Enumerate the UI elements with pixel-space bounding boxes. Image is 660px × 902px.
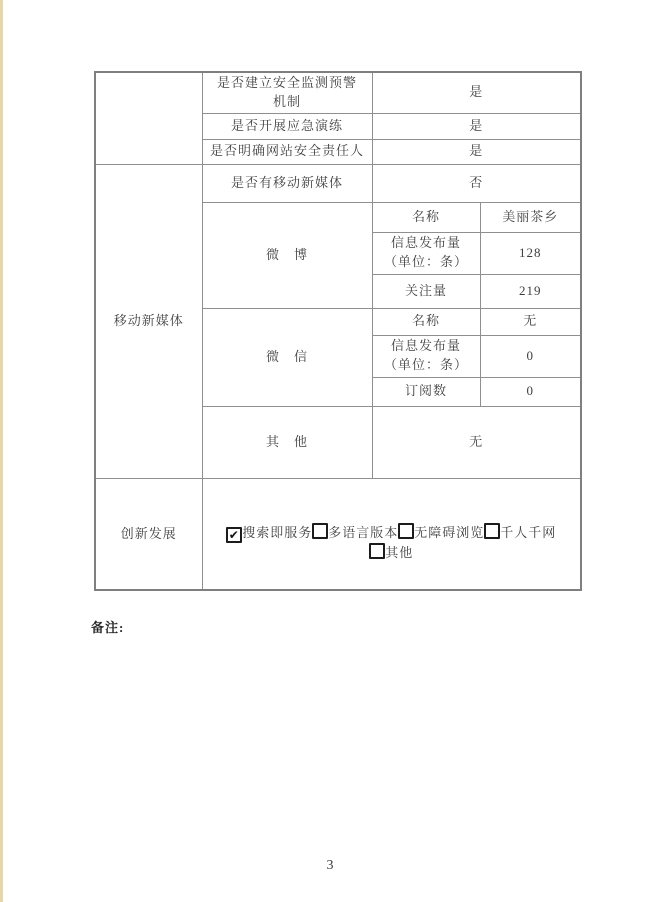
checkbox-empty-icon [484, 523, 500, 539]
security-answer-value: 是 [372, 72, 581, 113]
option-label: 多语言版本 [328, 525, 398, 540]
group-cell-mobile-media: 移动新媒体 [95, 164, 202, 478]
mobile-media-answer-value: 否 [372, 164, 581, 202]
option-label: 搜索即服务 [242, 525, 312, 540]
security-answer-value: 是 [372, 139, 581, 164]
checkbox-empty-icon [398, 523, 414, 539]
stat-label: 信息发布量 （单位：条） [372, 335, 480, 377]
platform-label-weibo: 微 博 [202, 202, 372, 308]
option-label: 无障碍浏览 [414, 525, 484, 540]
annual-report-table: 是否建立安全监测预警 机制 是 是否开展应急演练 是 是否明确网站安全责任人 是… [94, 71, 582, 591]
innovation-options-cell: ✔搜索即服务多语言版本无障碍浏览千人千网其他 [202, 478, 581, 590]
option-search-service: ✔搜索即服务 [226, 524, 312, 543]
checkbox-empty-icon [312, 523, 328, 539]
stat-value: 128 [480, 232, 581, 274]
option-other: 其他 [369, 543, 413, 563]
remarks-label: 备注: [91, 617, 124, 636]
platform-label-wechat: 微 信 [202, 308, 372, 406]
mobile-media-question-label: 是否有移动新媒体 [202, 164, 372, 202]
table-row: 是否建立安全监测预警 机制 是 [95, 72, 581, 113]
option-label: 千人千网 [500, 525, 556, 540]
table-row: 移动新媒体 是否有移动新媒体 否 [95, 164, 581, 202]
page-left-edge-stripe [0, 0, 3, 902]
table-row: 创新发展 ✔搜索即服务多语言版本无障碍浏览千人千网其他 [95, 478, 581, 590]
stat-label: 名称 [372, 202, 480, 232]
stat-value: 无 [480, 308, 581, 335]
group-cell-innovation: 创新发展 [95, 478, 202, 590]
option-multilingual: 多语言版本 [312, 523, 398, 543]
stat-label: 关注量 [372, 274, 480, 308]
stat-label: 订阅数 [372, 377, 480, 406]
security-question-label: 是否建立安全监测预警 机制 [202, 72, 372, 113]
platform-label-other: 其 他 [202, 406, 372, 478]
stat-value: 无 [372, 406, 581, 478]
option-label: 其他 [385, 545, 413, 560]
stat-label: 名称 [372, 308, 480, 335]
security-question-label: 是否明确网站安全责任人 [202, 139, 372, 164]
checkbox-checked-icon: ✔ [226, 527, 242, 543]
option-personalized: 千人千网 [484, 523, 556, 543]
security-question-label: 是否开展应急演练 [202, 113, 372, 139]
checkbox-empty-icon [369, 543, 385, 559]
stat-value: 219 [480, 274, 581, 308]
stat-value: 美丽茶乡 [480, 202, 581, 232]
stat-value: 0 [480, 377, 581, 406]
option-accessibility: 无障碍浏览 [398, 523, 484, 543]
security-answer-value: 是 [372, 113, 581, 139]
page-number: 3 [0, 858, 660, 874]
stat-value: 0 [480, 335, 581, 377]
stat-label: 信息发布量 （单位：条） [372, 232, 480, 274]
group-cell-blank [95, 72, 202, 164]
